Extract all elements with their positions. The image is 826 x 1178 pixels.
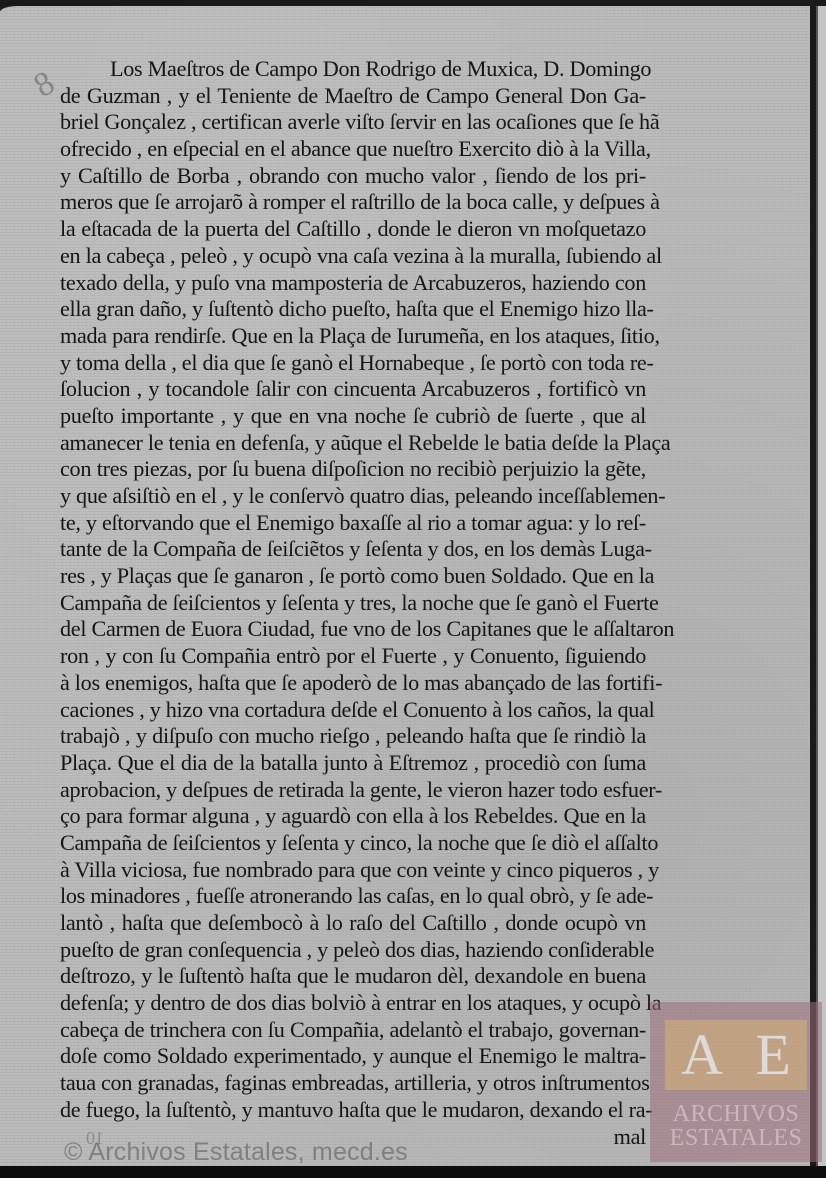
text-line: briel Gonçalez , certifican averle viſto… <box>60 109 646 136</box>
text-line: cabeça de trinchera con ſu Compañia, ade… <box>60 1017 646 1044</box>
text-line: texado della, y puſo vna mamposteria de … <box>60 270 646 297</box>
text-line: Plaça. Que el dia de la batalla junto à … <box>60 750 646 777</box>
text-line: del Carmen de Euora Ciudad, fue vno de l… <box>60 616 646 643</box>
text-line: res , y Plaças que ſe ganaron , ſe portò… <box>60 563 646 590</box>
text-line: amanecer le tenia en defenſa, y aũque el… <box>60 430 646 457</box>
document-body: Los Maeſtros de Campo Don Rodrigo de Mux… <box>60 56 646 1150</box>
logo-letter-a: A <box>681 1026 723 1084</box>
text-line: y que aſsiſtiò en el , y le conſervò qua… <box>60 483 646 510</box>
archive-watermark-logo: A E ARCHIVOS ESTATALES <box>650 1002 822 1162</box>
text-line: y Caſtillo de Borba , obrando con mucho … <box>60 163 646 190</box>
text-line: lantò , haſta que deſembocò à lo raſo de… <box>60 910 646 937</box>
text-line: trabajò , y diſpuſo con mucho rieſgo , p… <box>60 723 646 750</box>
text-line: doſe como Soldado experimentado, y aunqu… <box>60 1043 646 1070</box>
text-line: pueſto importante , y que en vna noche ſ… <box>60 403 646 430</box>
text-line: ço para formar alguna , y aguardò con el… <box>60 803 646 830</box>
text-line: la eſtacada de la puerta del Caſtillo , … <box>60 216 646 243</box>
handwritten-page-number: 8 <box>28 64 62 105</box>
text-line: mada para rendirſe. Que en la Plaça de I… <box>60 323 646 350</box>
text-line: te, y eſtorvando que el Enemigo baxaſſe … <box>60 510 646 537</box>
watermark-text-archivos: ARCHIVOS <box>650 1102 822 1126</box>
text-line: de fuego, la ſuſtentò, y mantuvo haſta q… <box>60 1097 646 1124</box>
text-line: y toma della , el dia que ſe ganò el Hor… <box>60 350 646 377</box>
paper-page: 8 Los Maeſtros de Campo Don Rodrigo de M… <box>0 6 810 1166</box>
text-line: aprobacion, y deſpues de retirada la gen… <box>60 777 646 804</box>
text-line: los minadores , fueſſe atronerando las c… <box>60 883 646 910</box>
text-line: tante de la Compaña de ſeiſciẽtos y ſeſe… <box>60 536 646 563</box>
text-line: ella gran daño, y ſuſtentò dicho pueſto,… <box>60 296 646 323</box>
page-margin-strip <box>818 6 826 1166</box>
text-line: en la cabeça , peleò , y ocupò vna caſa … <box>60 243 646 270</box>
text-line: Campaña de ſeiſcientos y ſeſenta y tres,… <box>60 590 646 617</box>
ae-monogram: A E <box>665 1020 807 1090</box>
text-line: deſtrozo, y le ſuſtentò haſta que le mud… <box>60 963 646 990</box>
text-line: à Villa viciosa, fue nombrado para que c… <box>60 857 646 884</box>
logo-letter-e: E <box>755 1026 790 1084</box>
text-line: ſolucion , y tocandole ſalir con cincuen… <box>60 376 646 403</box>
text-line: meros que ſe arrojarõ à romper el raſtri… <box>60 189 646 216</box>
text-line: pueſto de gran conſequencia , y peleò do… <box>60 937 646 964</box>
scan-bottom-border <box>0 1166 826 1178</box>
text-line: taua con granadas, faginas embreadas, ar… <box>60 1070 646 1097</box>
watermark-text-estatales: ESTATALES <box>650 1126 822 1150</box>
text-line: Campaña de ſeiſcientos y ſeſenta y cinco… <box>60 830 646 857</box>
text-line: ron , y con ſu Compañia entrò por el Fue… <box>60 643 646 670</box>
scanned-document: 8 Los Maeſtros de Campo Don Rodrigo de M… <box>0 0 826 1178</box>
text-line: à los enemigos, haſta que ſe apoderò de … <box>60 670 646 697</box>
text-line: de Guzman , y el Teniente de Maeſtro de … <box>60 83 646 110</box>
text-line: caciones , y hizo vna cortadura deſde el… <box>60 697 646 724</box>
text-line: ofrecido , en eſpecial en el abance que … <box>60 136 646 163</box>
copyright-notice: © Archivos Estatales, mecd.es <box>64 1138 408 1167</box>
text-line: con tres piezas, por ſu buena diſpoſicio… <box>60 456 646 483</box>
text-line: defenſa; y dentro de dos dias bolviò à e… <box>60 990 646 1017</box>
text-line: Los Maeſtros de Campo Don Rodrigo de Mux… <box>60 56 646 83</box>
